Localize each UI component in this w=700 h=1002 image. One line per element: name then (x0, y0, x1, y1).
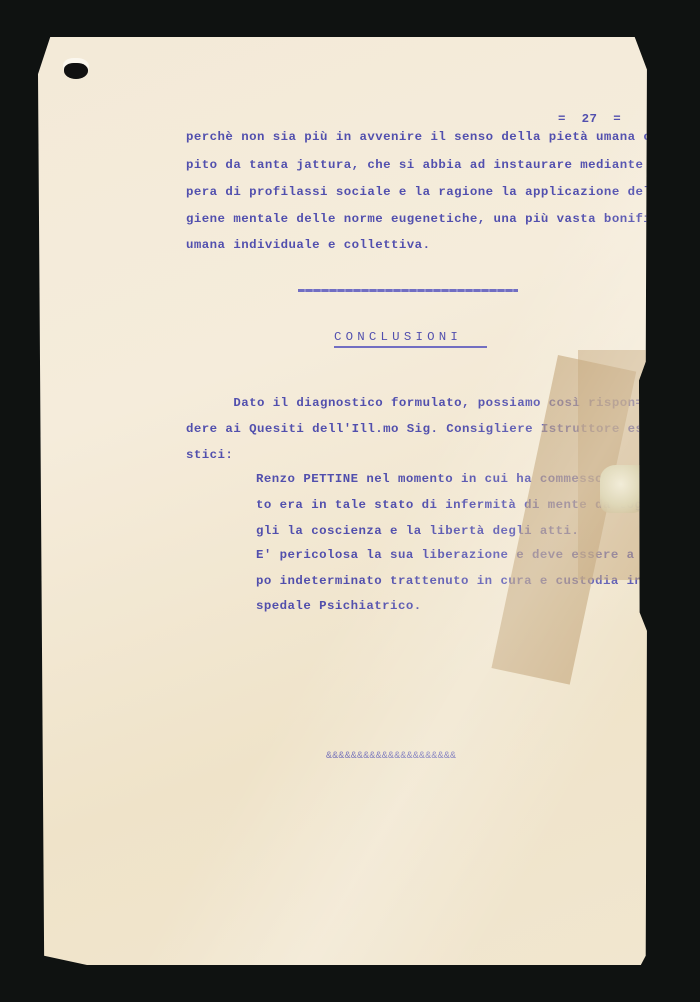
paragraph-1-line: pera di profilassi sociale e la ragione … (186, 185, 683, 199)
paragraph-1-line: perchè non sia più in avvenire il senso … (186, 130, 675, 144)
crumpled-tape (600, 465, 652, 513)
page-number: = 27 = (558, 112, 621, 126)
conclusion-line: spedale Psichiatrico. (256, 599, 422, 613)
paragraph-1-line: pito da tanta jattura, che si abbia ad i… (186, 158, 683, 172)
paragraph-2-line: stici: (186, 448, 233, 462)
document-page: = 27 = perchè non sia più in avvenire il… (38, 37, 650, 965)
closing-mark: &&&&&&&&&&&&&&&&&&&&& (326, 751, 456, 762)
section-divider (298, 289, 518, 292)
paragraph-1-line: umana individuale e collettiva. (186, 238, 430, 252)
section-heading: CONCLUSIONI (334, 330, 462, 344)
heading-underline (334, 346, 487, 348)
punch-hole (64, 63, 88, 79)
paragraph-1-line: giene mentale delle norme eugenetiche, u… (186, 212, 667, 226)
